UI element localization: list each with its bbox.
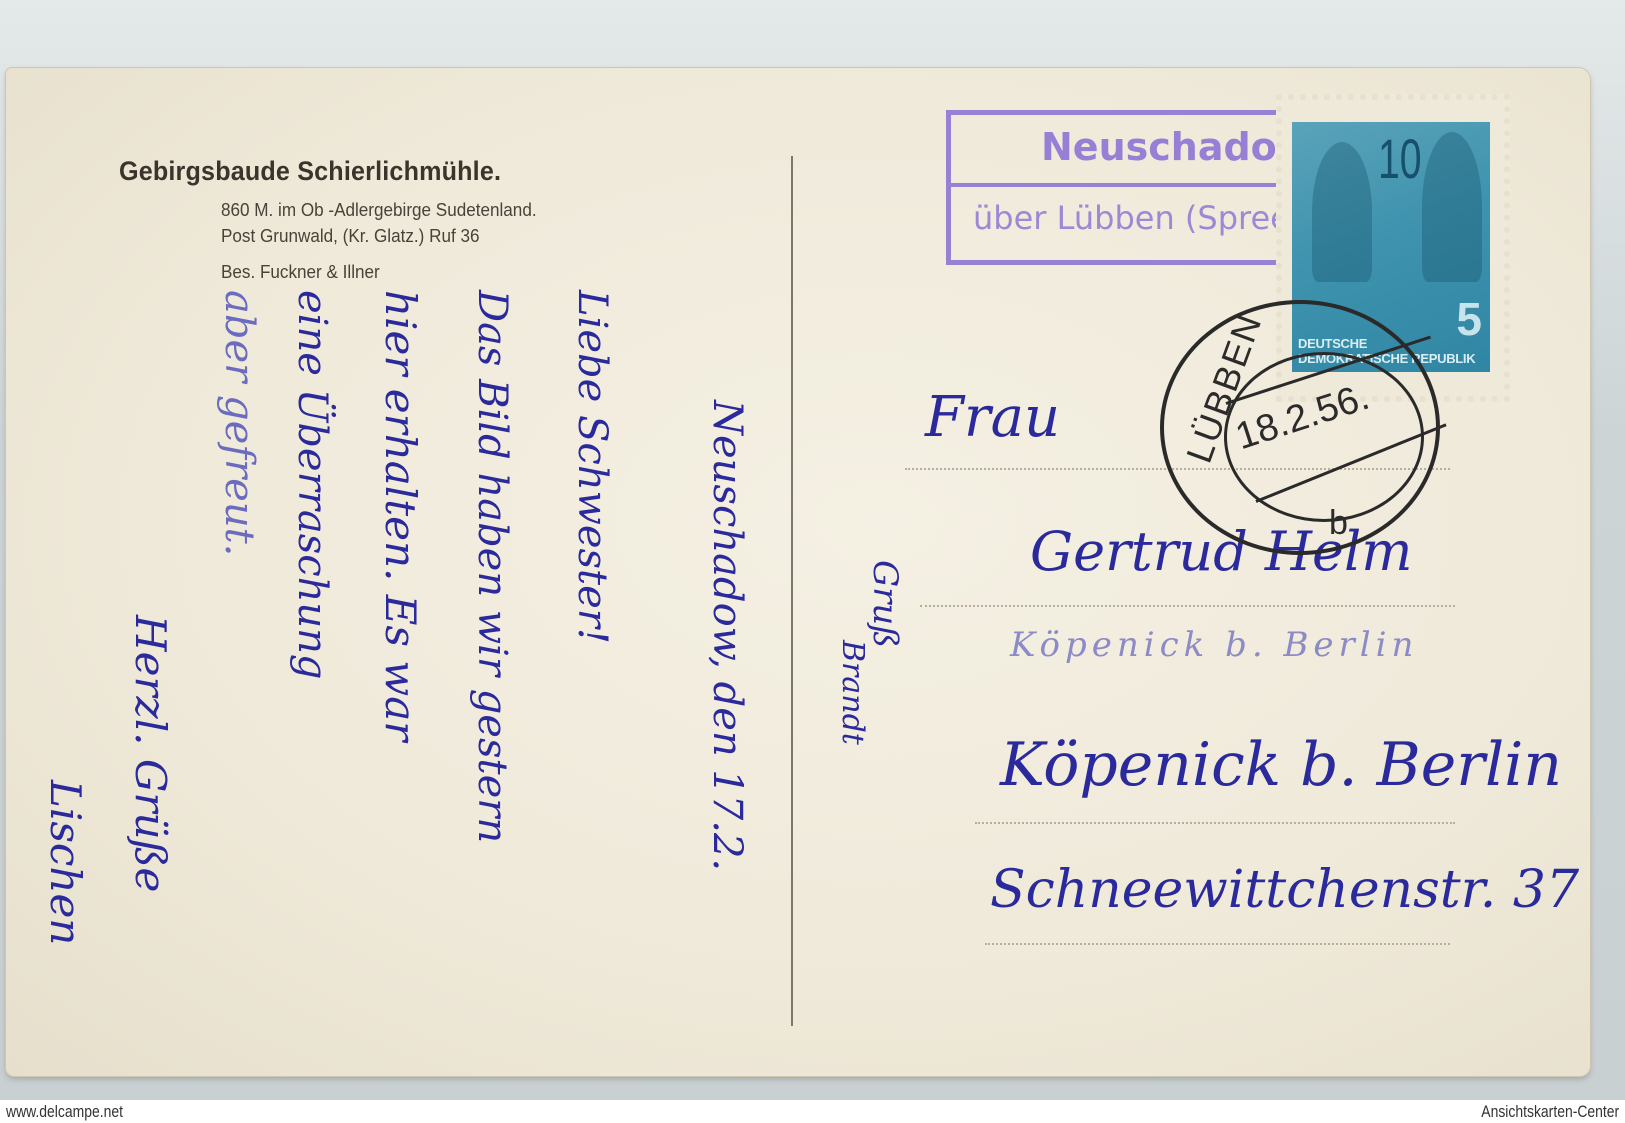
stamp-figure-left xyxy=(1312,142,1372,282)
message-place-date: Neuschadow, den 17.2. xyxy=(704,400,750,871)
message-line-6: Herzl. Grüße xyxy=(126,615,175,892)
message-line-1: Liebe Schwester! xyxy=(569,290,615,644)
address-dotted-line: Köpenick b. Berlin xyxy=(1010,625,1418,665)
message-line-5: aber gefreut. xyxy=(216,290,262,556)
message-line-7: Lischen xyxy=(41,780,90,945)
postmark-code: b xyxy=(1329,504,1348,543)
printed-line-owner: Bes. Fuckner & Illner xyxy=(221,262,380,283)
address-line-2 xyxy=(920,605,1455,607)
stamp-value: 10 xyxy=(1378,126,1422,191)
margin-note-1: Gruß xyxy=(865,560,905,648)
address-city: Köpenick b. Berlin xyxy=(1000,730,1562,800)
footer-seller: Ansichtskarten-Center xyxy=(1481,1102,1619,1122)
printed-title: Gebirgsbaude Schierlichmühle. xyxy=(119,156,501,187)
stamp-town: Neuschadow xyxy=(1041,125,1312,169)
message-line-3: hier erhalten. Es war xyxy=(376,290,425,741)
address-line-3 xyxy=(975,822,1455,824)
printed-line-altitude: 860 M. im Ob -Adlergebirge Sudetenland. xyxy=(221,200,537,221)
address-street: Schneewittchenstr. 37 xyxy=(990,860,1579,920)
address-line-4 xyxy=(985,943,1450,945)
message-line-4: eine Überraschung xyxy=(289,290,335,680)
message-line-2: Das Bild haben wir gestern xyxy=(469,290,515,843)
printed-line-post: Post Grunwald, (Kr. Glatz.) Ruf 36 xyxy=(221,226,480,247)
cancellation-postmark: LÜBBEN 18.2.56. b xyxy=(1160,300,1440,555)
stamp-figure-right xyxy=(1422,132,1482,282)
margin-note-2: Brandt xyxy=(835,640,870,745)
address-salutation: Frau xyxy=(925,385,1060,450)
postcard-divider xyxy=(791,156,793,1026)
footer-site: www.delcampe.net xyxy=(6,1102,123,1122)
